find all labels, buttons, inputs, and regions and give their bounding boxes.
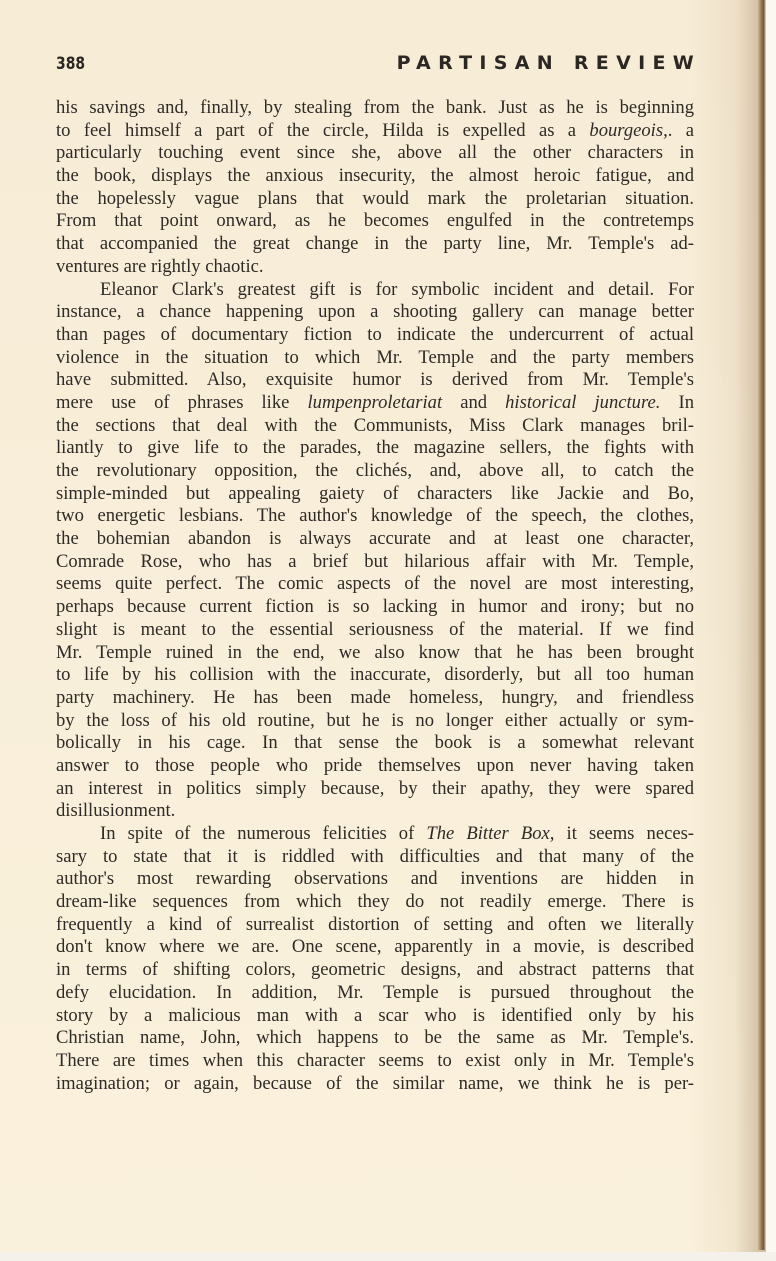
text-line: violence in the situation to which Mr. T… bbox=[56, 347, 694, 370]
paragraph-start-line: Eleanor Clark's greatest gift is for sym… bbox=[56, 279, 694, 302]
text-line: the book, displays the anxious insecurit… bbox=[56, 165, 694, 188]
text-line: party machinery. He has been made homele… bbox=[56, 687, 694, 710]
page-edge-shadow bbox=[758, 0, 766, 1250]
book-page: 388 PARTISAN REVIEW his savings and, fin… bbox=[0, 0, 766, 1261]
body-text: his savings and, finally, by stealing fr… bbox=[56, 97, 694, 1095]
text-line: to life by his collision with the inaccu… bbox=[56, 664, 694, 687]
text-line: to feel himself a part of the circle, Hi… bbox=[56, 120, 694, 143]
text-line: seems quite perfect. The comic aspects o… bbox=[56, 573, 694, 596]
text-line: an interest in politics simply because, … bbox=[56, 778, 694, 801]
text-line: perhaps because current fiction is so la… bbox=[56, 596, 694, 619]
text-line: don't know where we are. One scene, appa… bbox=[56, 936, 694, 959]
text-line: the sections that deal with the Communis… bbox=[56, 415, 694, 438]
page-number: 388 bbox=[56, 54, 85, 74]
text-line: simple-minded but appealing gaiety of ch… bbox=[56, 483, 694, 506]
text-line: in terms of shifting colors, geometric d… bbox=[56, 959, 694, 982]
scan-bottom-margin bbox=[0, 1252, 776, 1261]
text-line: two energetic lesbians. The author's kno… bbox=[56, 505, 694, 528]
paragraph-start-line: In spite of the numerous felicities of T… bbox=[56, 823, 694, 846]
text-line: defy elucidation. In addition, Mr. Templ… bbox=[56, 982, 694, 1005]
text-line: that accompanied the great change in the… bbox=[56, 233, 694, 256]
paragraph-end-line: disillusionment. bbox=[56, 800, 694, 823]
book-title: The Bitter Box, bbox=[426, 823, 554, 844]
text-line: slight is meant to the essential serious… bbox=[56, 619, 694, 642]
text-line: author's most rewarding observations and… bbox=[56, 868, 694, 891]
text-line: Mr. Temple ruined in the end, we also kn… bbox=[56, 642, 694, 665]
text-line: frequently a kind of surrealist distorti… bbox=[56, 914, 694, 937]
text-line: have submitted. Also, exquisite humor is… bbox=[56, 369, 694, 392]
journal-title: PARTISAN REVIEW bbox=[397, 52, 701, 74]
text-line: sary to state that it is riddled with di… bbox=[56, 846, 694, 869]
text-line: There are times when this character seem… bbox=[56, 1050, 694, 1073]
text-line: answer to those people who pride themsel… bbox=[56, 755, 694, 778]
text-line: dream-like sequences from which they do … bbox=[56, 891, 694, 914]
text-line: From that point onward, as he becomes en… bbox=[56, 210, 694, 233]
text-line: the hopelessly vague plans that would ma… bbox=[56, 188, 694, 211]
paragraph-end-line: ventures are rightly chaotic. bbox=[56, 256, 694, 279]
text-line: particularly touching event since she, a… bbox=[56, 142, 694, 165]
italic-term: lumpenproletariat bbox=[307, 392, 442, 413]
text-line: than pages of documentary fiction to ind… bbox=[56, 324, 694, 347]
text-line: liantly to give life to the parades, the… bbox=[56, 437, 694, 460]
text-line: mere use of phrases like lumpenproletari… bbox=[56, 392, 694, 415]
text-line: imagination; or again, because of the si… bbox=[56, 1073, 694, 1096]
text-line: story by a malicious man with a scar who… bbox=[56, 1005, 694, 1028]
text-line: the bohemian abandon is always accurate … bbox=[56, 528, 694, 551]
text-line: bolically in his cage. In that sense the… bbox=[56, 732, 694, 755]
text-line: Comrade Rose, who has a brief but hilari… bbox=[56, 551, 694, 574]
text-line: instance, a chance happening upon a shoo… bbox=[56, 301, 694, 324]
scan-margin bbox=[766, 0, 776, 1261]
italic-term: historical juncture. bbox=[505, 392, 660, 413]
text-line: his savings and, finally, by stealing fr… bbox=[56, 97, 694, 120]
text-line: Christian name, John, which happens to b… bbox=[56, 1027, 694, 1050]
text-line: the revolutionary opposition, the cliché… bbox=[56, 460, 694, 483]
running-head: 388 PARTISAN REVIEW bbox=[56, 52, 694, 80]
text-line: by the loss of his old routine, but he i… bbox=[56, 710, 694, 733]
italic-term: bourgeois, bbox=[589, 120, 667, 141]
